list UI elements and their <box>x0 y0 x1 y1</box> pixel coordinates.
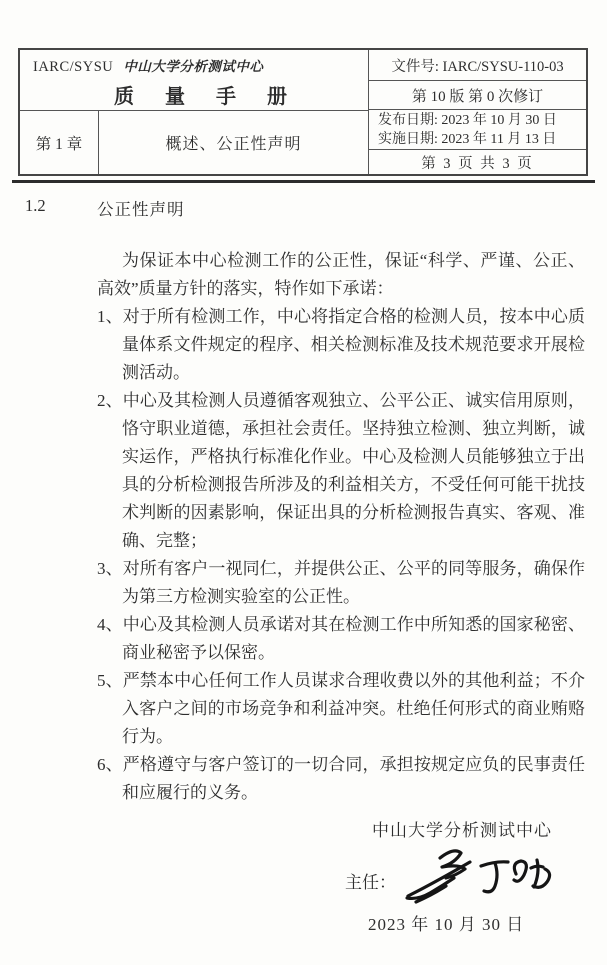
director-signature-icon <box>402 845 557 907</box>
doc-number: 文件号: IARC/SYSU-110-03 <box>369 50 586 81</box>
document-page: IARC/SYSU 中山大学分析测试中心 质 量 手 册 第 1 章 概述、公正… <box>0 0 607 965</box>
chapter-number: 第 1 章 <box>20 111 99 174</box>
section-heading: 1.2 公正性声明 <box>25 196 587 220</box>
document-body: 1.2 公正性声明 为保证本中心检测工作的公正性，保证“科学、严谨、公正、高效”… <box>25 196 587 807</box>
footer-date: 2023 年 10 月 30 日 <box>368 910 524 935</box>
revision-info: 第 10 版 第 0 次修订 <box>369 81 586 110</box>
footer-org-name: 中山大学分析测试中心 <box>372 816 552 841</box>
impl-date: 实施日期: 2023 年 11 月 13 日 <box>378 130 586 149</box>
header-divider-rule <box>12 180 595 183</box>
org-name: 中山大学分析测试中心 <box>123 59 263 74</box>
issue-date: 发布日期: 2023 年 10 月 30 日 <box>378 111 586 130</box>
header-left-column: IARC/SYSU 中山大学分析测试中心 质 量 手 册 第 1 章 概述、公正… <box>20 50 369 174</box>
header-table: IARC/SYSU 中山大学分析测试中心 质 量 手 册 第 1 章 概述、公正… <box>18 48 588 176</box>
org-title-cell: IARC/SYSU 中山大学分析测试中心 质 量 手 册 <box>20 50 368 111</box>
doc-title: 质 量 手 册 <box>33 80 368 109</box>
dates-cell: 发布日期: 2023 年 10 月 30 日 实施日期: 2023 年 11 月… <box>369 110 586 150</box>
signer-label: 主任： <box>345 868 396 893</box>
list-item: 2、中心及其检测人员遵循客观独立、公平公正、诚实信用原则，恪守职业道德，承担社会… <box>97 387 585 555</box>
list-item: 5、严禁本中心任何工作人员谋求合理收费以外的其他利益；不介入客户之间的市场竞争和… <box>97 667 585 751</box>
header-right-column: 文件号: IARC/SYSU-110-03 第 10 版 第 0 次修订 发布日… <box>369 50 586 174</box>
list-item: 1、对于所有检测工作，中心将指定合格的检测人员，按本中心质量体系文件规定的程序、… <box>97 303 585 387</box>
list-item: 4、中心及其检测人员承诺对其在检测工作中所知悉的国家秘密、商业秘密予以保密。 <box>97 611 585 667</box>
chapter-title: 概述、公正性声明 <box>99 111 368 174</box>
section-title: 公正性声明 <box>97 196 185 220</box>
commitment-list: 1、对于所有检测工作，中心将指定合格的检测人员，按本中心质量体系文件规定的程序、… <box>97 303 585 807</box>
org-line: IARC/SYSU 中山大学分析测试中心 <box>33 55 368 76</box>
org-code: IARC/SYSU <box>33 59 113 75</box>
list-item: 6、严格遵守与客户签订的一切合同，承担按规定应负的民事责任和应履行的义务。 <box>97 751 585 807</box>
list-item: 3、对所有客户一视同仁，并提供公正、公平的同等服务，确保作为第三方检测实验室的公… <box>97 555 585 611</box>
chapter-row: 第 1 章 概述、公正性声明 <box>20 111 368 174</box>
intro-paragraph: 为保证本中心检测工作的公正性，保证“科学、严谨、公正、高效”质量方针的落实，特作… <box>97 247 585 303</box>
page-number: 第 3 页 共 3 页 <box>369 150 586 174</box>
section-number: 1.2 <box>25 196 97 220</box>
